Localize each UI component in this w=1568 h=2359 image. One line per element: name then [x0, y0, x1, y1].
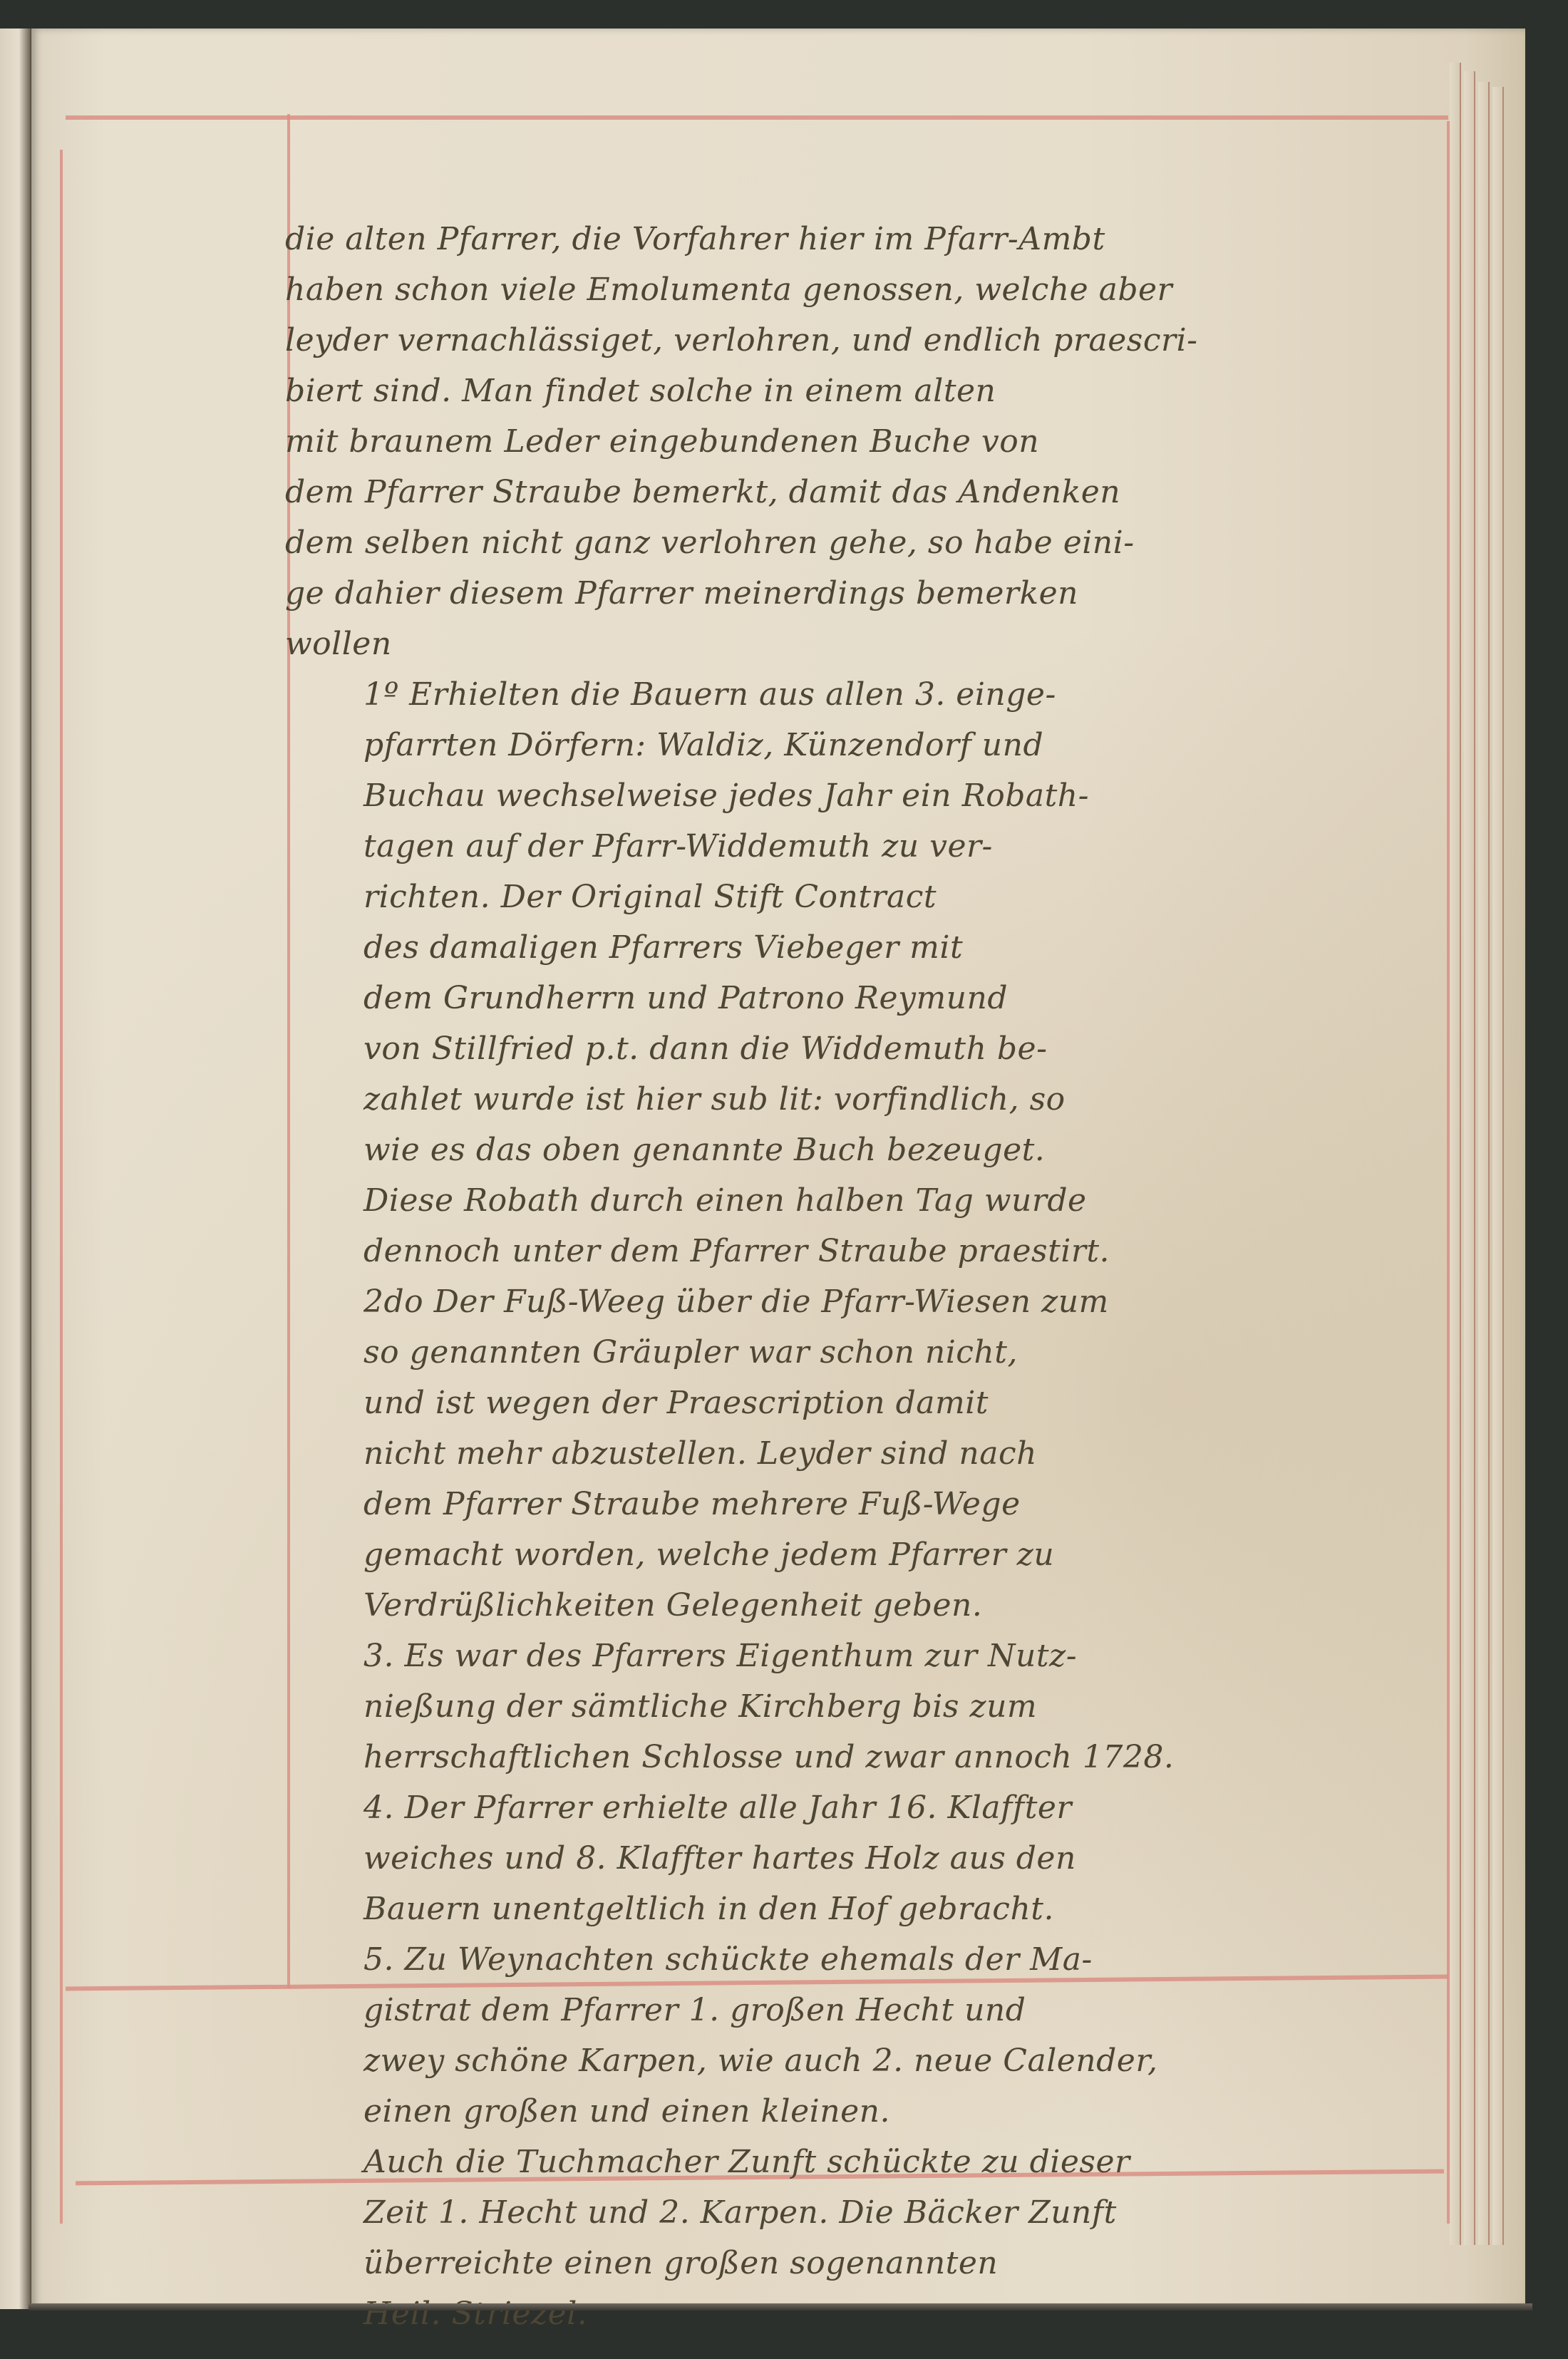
text-line: zahlet wurde ist hier sub lit: vorfindli… — [285, 1074, 1440, 1125]
text-line: und ist wegen der Praescription damit — [285, 1378, 1440, 1428]
page-edge — [1478, 82, 1490, 2245]
text-line: richten. Der Original Stift Contract — [285, 872, 1440, 922]
handwritten-text: die alten Pfarrer, die Vorfahrer hier im… — [285, 214, 1440, 2339]
text-line: von Stillfried p.t. dann die Widdemuth b… — [285, 1023, 1440, 1074]
text-line: Bauern unentgeltlich in den Hof gebracht… — [285, 1884, 1440, 1934]
text-line: dem Grundherrn und Patrono Reymund — [285, 973, 1440, 1023]
text-line: Buchau wechselweise jedes Jahr ein Robat… — [285, 770, 1440, 821]
page-edge — [1464, 71, 1475, 2245]
text-line: dem Pfarrer Straube mehrere Fuß-Wege — [285, 1479, 1440, 1529]
text-line: biert sind. Man findet solche in einem a… — [285, 366, 1440, 416]
text-line: dennoch unter dem Pfarrer Straube praest… — [285, 1226, 1440, 1276]
text-line: leyder vernachlässiget, verlohren, und e… — [285, 315, 1440, 366]
text-line: ge dahier diesem Pfarrer meinerdings bem… — [285, 568, 1440, 619]
text-line: tagen auf der Pfarr-Widdemuth zu ver- — [285, 821, 1440, 872]
text-line: Heil. Striezel. — [285, 2288, 1440, 2339]
text-line: nicht mehr abzustellen. Leyder sind nach — [285, 1428, 1440, 1479]
text-line: wie es das oben genannte Buch bezeuget. — [285, 1125, 1440, 1175]
text-line: haben schon viele Emolumenta genossen, w… — [285, 264, 1440, 315]
text-line: gistrat dem Pfarrer 1. großen Hecht und — [285, 1985, 1440, 2035]
right-rule — [1447, 121, 1450, 2224]
text-line: herrschaftlichen Schlosse und zwar annoc… — [285, 1732, 1440, 1782]
text-line: Verdrüßlichkeiten Gelegenheit geben. — [285, 1580, 1440, 1631]
text-line: die alten Pfarrer, die Vorfahrer hier im… — [285, 214, 1440, 264]
page-edge — [1492, 87, 1504, 2245]
text-line: einen großen und einen kleinen. — [285, 2086, 1440, 2137]
text-line: zwey schöne Karpen, wie auch 2. neue Cal… — [285, 2035, 1440, 2086]
text-line: gemacht worden, welche jedem Pfarrer zu — [285, 1529, 1440, 1580]
text-line: Auch die Tuchmacher Zunft schückte zu di… — [285, 2137, 1440, 2187]
text-line: weiches und 8. Klaffter hartes Holz aus … — [285, 1833, 1440, 1884]
text-line: pfarrten Dörfern: Waldiz, Künzendorf und — [285, 720, 1440, 770]
top-rule — [66, 115, 1448, 120]
text-line: wollen — [285, 619, 1440, 669]
page-edge — [1450, 63, 1461, 2245]
text-line: des damaligen Pfarrers Viebeger mit — [285, 922, 1440, 973]
page-bottom-edge — [29, 2303, 1532, 2311]
item-1-line: 1º Erhielten die Bauern aus allen 3. ein… — [285, 669, 1440, 720]
book-spine — [0, 29, 31, 2309]
text-line: nießung der sämtliche Kirchberg bis zum — [285, 1681, 1440, 1732]
item-2-line: 2do Der Fuß-Weeg über die Pfarr-Wiesen z… — [285, 1276, 1440, 1327]
text-line: mit braunem Leder eingebundenen Buche vo… — [285, 416, 1440, 467]
item-3-line: 3. Es war des Pfarrers Eigenthum zur Nut… — [285, 1631, 1440, 1681]
text-line: Diese Robath durch einen halben Tag wurd… — [285, 1175, 1440, 1226]
item-5-line: 5. Zu Weynachten schückte ehemals der Ma… — [285, 1934, 1440, 1985]
item-4-line: 4. Der Pfarrer erhielte alle Jahr 16. Kl… — [285, 1782, 1440, 1833]
text-line: dem selben nicht ganz verlohren gehe, so… — [285, 517, 1440, 568]
text-line: dem Pfarrer Straube bemerkt, damit das A… — [285, 467, 1440, 517]
text-line: so genannten Gräupler war schon nicht, — [285, 1327, 1440, 1378]
outer-left-rule — [60, 150, 63, 2224]
text-line: überreichte einen großen sogenannten — [285, 2238, 1440, 2288]
text-line: Zeit 1. Hecht und 2. Karpen. Die Bäcker … — [285, 2187, 1440, 2238]
